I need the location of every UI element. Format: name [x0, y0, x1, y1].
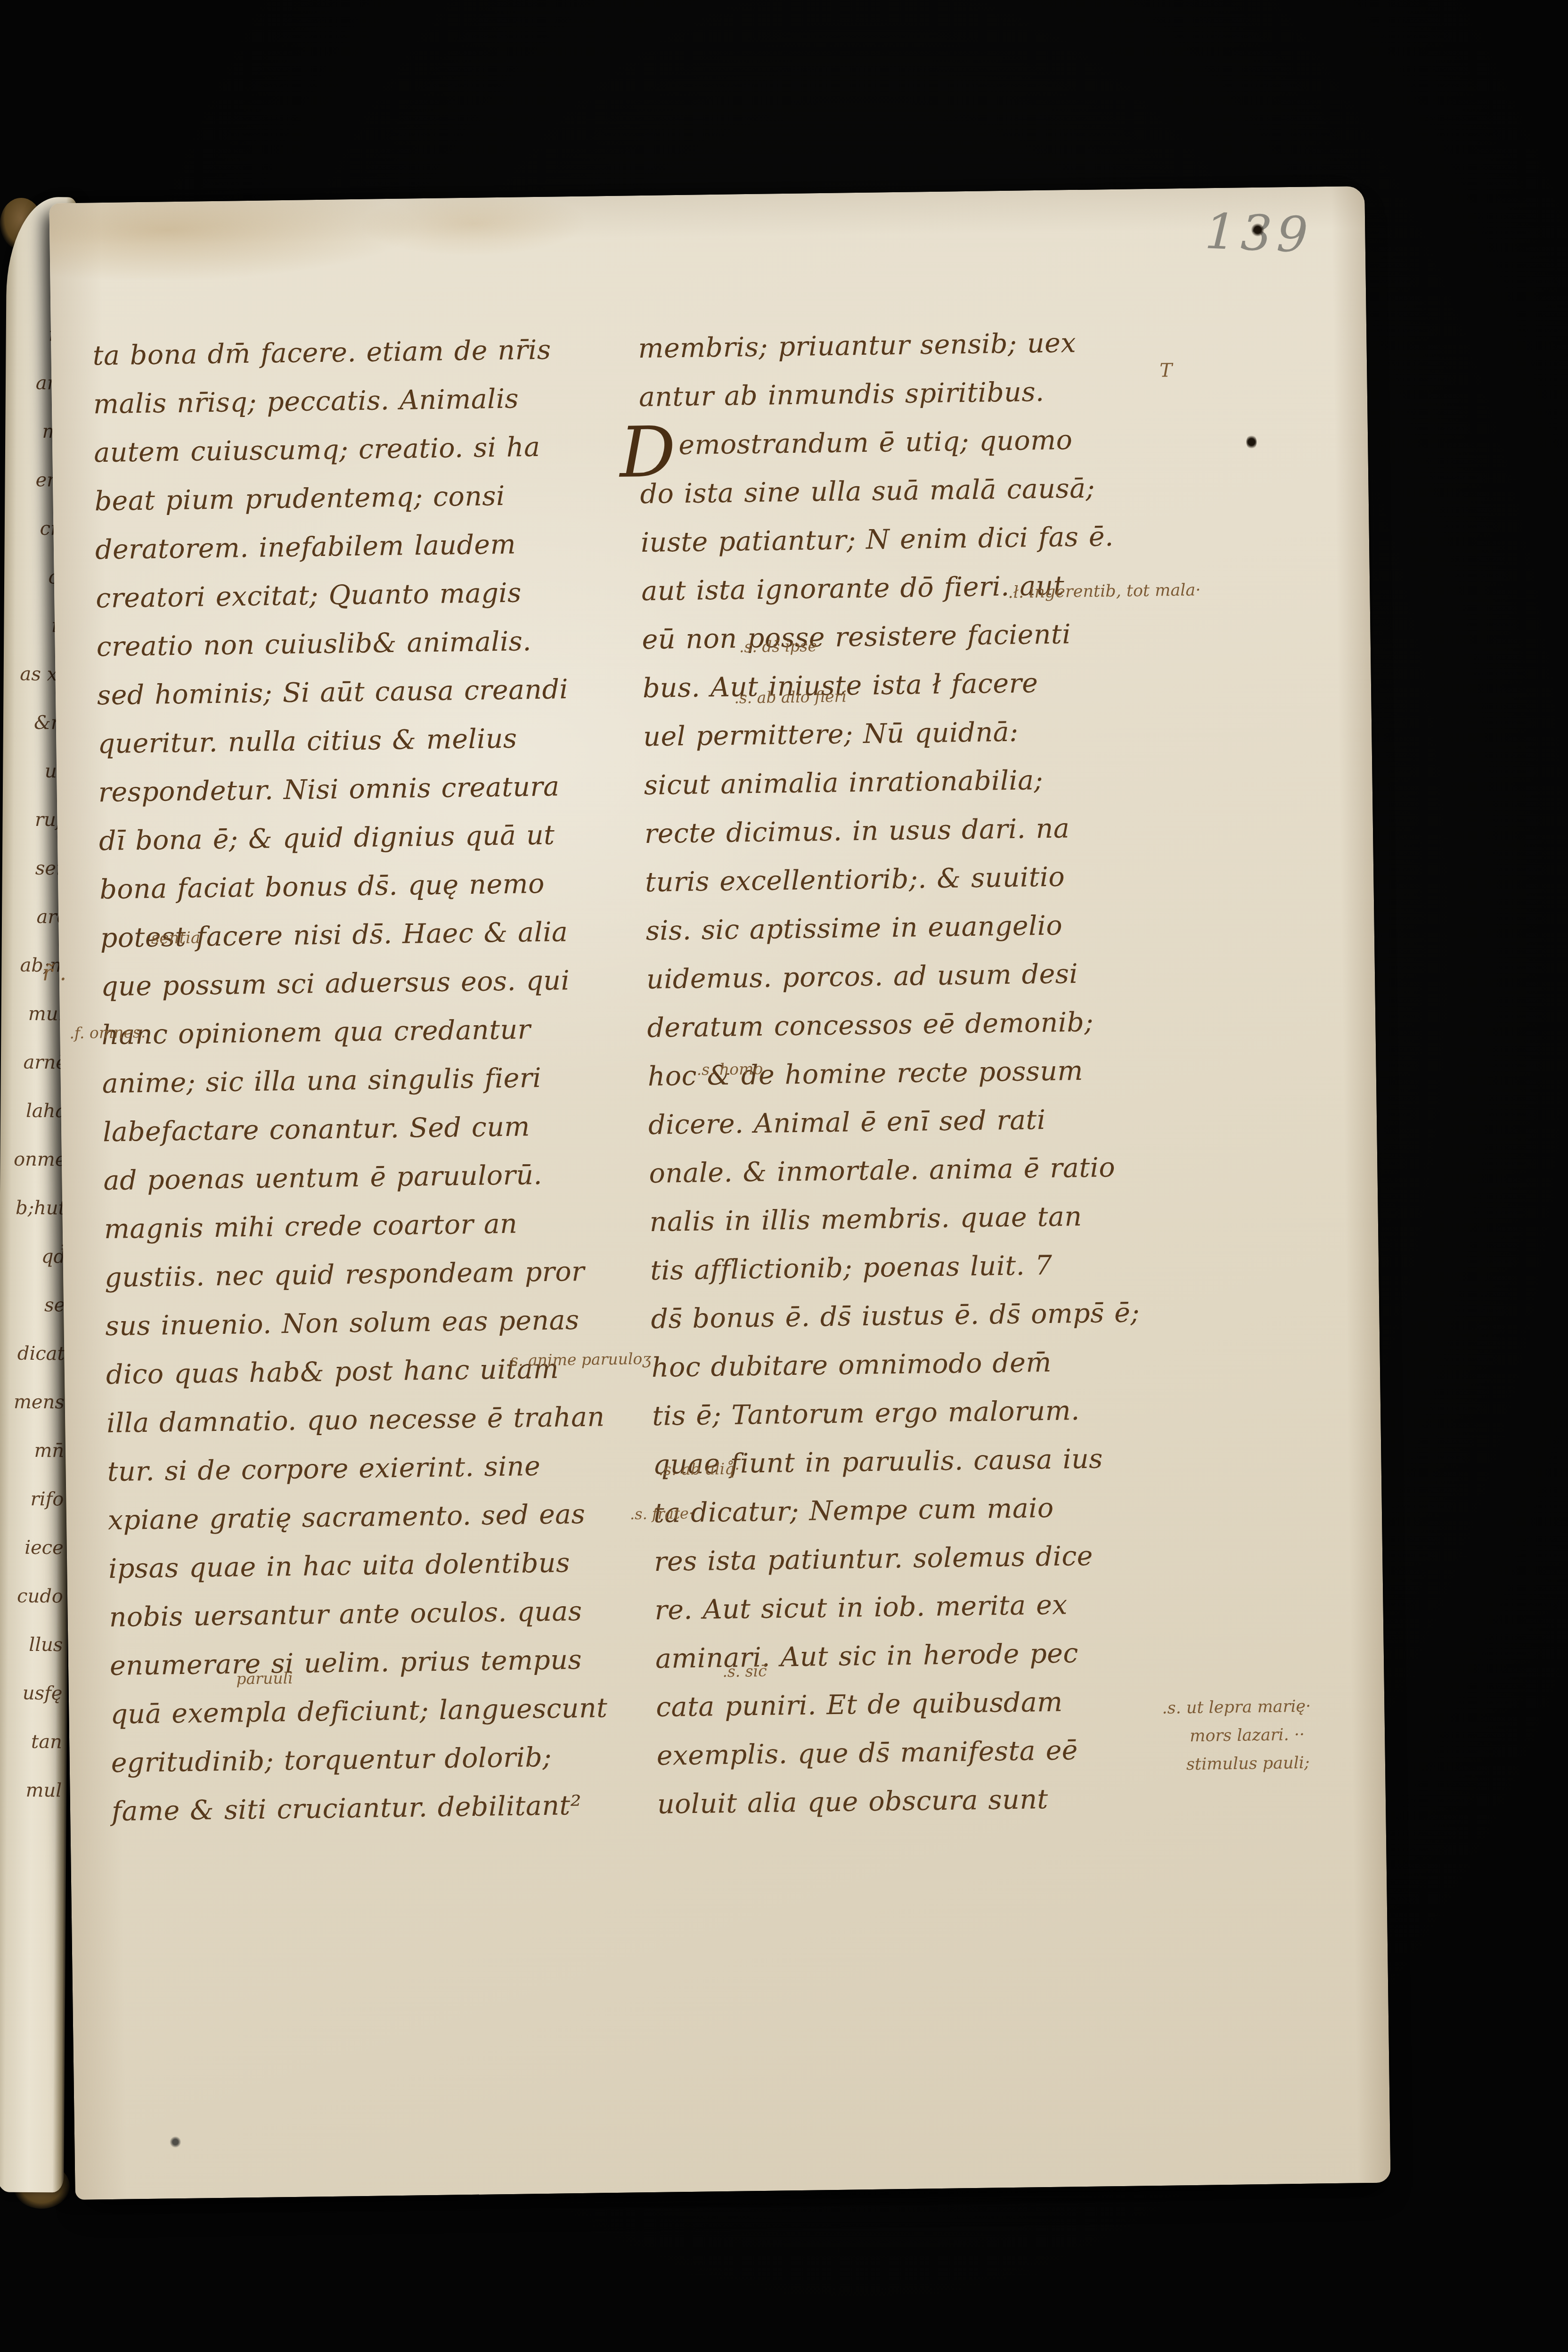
text-line: res ista patiuntur. solemus dice — [654, 1531, 1215, 1587]
line-text: malis nr̄isq; peccatis. Animalis — [93, 383, 519, 420]
facing-page-line-ending: b;hut — [16, 1199, 66, 1218]
line-text: sus inuenio. Non solum eas penas — [105, 1305, 580, 1342]
facing-page-line-ending: se — [44, 1296, 65, 1315]
line-text: hanc opinionem qua credantur — [101, 1014, 531, 1051]
text-line: que possum sci aduersus eos. qui — [101, 956, 643, 1012]
line-text: magnis mihi crede coartor an — [104, 1209, 517, 1245]
text-line: Demostrandum ē utiq; quomo — [639, 415, 1200, 471]
manuscript-page: 139 ta bona dm̄ facere. etiam de nr̄is m… — [49, 186, 1390, 2200]
text-line: recte dicimus. in usus dari. na — [644, 803, 1205, 859]
facing-page-line-ending: rifo — [31, 1490, 64, 1509]
line-text: membris; priuantur sensib; uex — [638, 327, 1076, 364]
line-text: autem cuiuscumq; creatio. si ha — [94, 432, 540, 468]
text-line: eū non posse resistere facienti — [642, 609, 1203, 665]
text-line: ds̄ bonus ē. ds̄ iustus ē. ds̄ omps̄ ē; — [651, 1288, 1212, 1344]
line-text: creatio non cuiuslib& animalis. — [96, 626, 531, 662]
line-text: bona faciat bonus ds̄. quę nemo — [99, 868, 545, 905]
text-line: magnis mihi crede coartor an — [104, 1199, 646, 1254]
text-line: ta bona dm̄ facere. etiam de nr̄is — [92, 325, 635, 381]
gloss-note: r̃ . — [42, 962, 66, 984]
line-text: exemplis. que ds̄ manifesta eē — [656, 1735, 1078, 1772]
facing-page-line-ending: cudo — [17, 1587, 63, 1606]
text-line: deratum concessos eē demonib; — [647, 997, 1208, 1053]
line-text: cata puniri. Et de quibusdam — [656, 1687, 1063, 1723]
gloss-note: .s. ab aliq̊· — [658, 1461, 740, 1478]
gloss-note: sentia — [151, 930, 201, 946]
line-text: que possum sci aduersus eos. qui — [101, 965, 570, 1002]
text-line: fame & siti cruciantur. debilitant² — [111, 1781, 653, 1837]
text-line: beat pium prudentemq; consi — [94, 471, 637, 526]
line-text: deratorem. inefabilem laudem — [95, 529, 516, 566]
line-text: deratum concessos eē demonib; — [647, 1007, 1094, 1044]
parchment-hole — [1246, 434, 1257, 449]
gloss-note: stimulus pauli; — [1186, 1755, 1310, 1773]
gloss-note: .s. ab alio fieri — [734, 688, 847, 705]
line-text: xpiane gratię sacramento. sed eas — [108, 1499, 586, 1536]
line-text: re. Aut sicut in iob. merita ex — [654, 1589, 1068, 1625]
line-text: dicere. Animal ē enī sed rati — [648, 1104, 1046, 1141]
line-text: quā exempla deficiunt; languescunt — [110, 1692, 608, 1730]
line-text: ta dicatur; Nempe cum maio — [653, 1493, 1053, 1529]
text-line: creatori excitat; Quanto magis — [96, 568, 638, 623]
text-line: gustiis. nec quid respondeam pror — [105, 1247, 647, 1303]
line-text: aminari. Aut sic in herode pec — [655, 1638, 1078, 1674]
facing-page-line-ending: qd̄ — [41, 1247, 65, 1266]
line-text: labefactare conantur. Sed cum — [103, 1111, 530, 1148]
line-text: ipsas quae in hac uita dolentibus — [108, 1547, 570, 1584]
line-text: gustiis. nec quid respondeam pror — [105, 1256, 585, 1293]
text-line: malis nr̄isq; peccatis. Animalis — [93, 374, 635, 429]
text-line: anime; sic illa una singulis fieri — [102, 1053, 644, 1109]
text-line: creatio non cuiuslib& animalis. — [96, 616, 638, 672]
gloss-note: .f. omnes. — [69, 1024, 146, 1041]
text-line: quā exempla deficiunt; languescunt — [110, 1684, 653, 1739]
gloss-layer: sentia r̃ . .f. omnes. .s. anime paruulo… — [49, 186, 1364, 204]
text-line: deratorem. inefabilem laudem — [95, 519, 637, 575]
text-line: bona faciat bonus ds̄. quę nemo — [99, 859, 642, 915]
line-text: turis excellentiorib;. & suuitio — [645, 861, 1065, 898]
text-line: exemplis. que ds̄ manifesta eē — [656, 1725, 1217, 1781]
facing-page-line-ending: tan — [31, 1732, 62, 1751]
gloss-note: .s. ds̄ ipse — [739, 638, 817, 654]
line-text: nobis uersantur ante oculos. quas — [109, 1596, 582, 1633]
line-text: recte dicimus. in usus dari. na — [645, 813, 1070, 849]
text-line: cata puniri. Et de quibusdam — [656, 1676, 1217, 1732]
line-text: nalis in illis membris. quae tan — [649, 1201, 1082, 1238]
text-line: uoluit alia que obscura sunt — [657, 1773, 1218, 1829]
gloss-note: .s. sic̄ — [722, 1663, 767, 1679]
text-line: autem cuiuscumq; creatio. si ha — [94, 422, 636, 478]
ink-spot — [170, 2136, 181, 2148]
line-text: sed hominis; Si aūt causa creandi — [97, 674, 569, 711]
gloss-note: .s. ut lepra marię· — [1162, 1699, 1311, 1717]
text-line: sicut animalia inrationabilia; — [644, 754, 1205, 810]
text-line: tis afflictionib; poenas luit. 7 — [650, 1240, 1211, 1296]
text-line: hoc dubitare omnimodo dem̄ — [651, 1337, 1212, 1393]
text-line: ipsas quae in hac uita dolentibus — [108, 1538, 651, 1594]
line-text: res ista patiuntur. solemus dice — [654, 1541, 1093, 1577]
text-line: onale. & inmortale. anima ē ratio — [649, 1143, 1210, 1199]
line-text: sicut animalia inrationabilia; — [644, 765, 1043, 801]
text-line: tur. si de corpore exierint. sine — [107, 1441, 649, 1497]
text-line: labefactare conantur. Sed cum — [103, 1102, 645, 1157]
text-line: xpiane gratię sacramento. sed eas — [107, 1490, 650, 1545]
text-line: illa damnatio. quo necesse ē trahan — [106, 1393, 649, 1448]
text-column-left: ta bona dm̄ facere. etiam de nr̄is malis… — [92, 325, 654, 1837]
gloss-note: .s. homo — [696, 1061, 763, 1078]
gloss-note: mors lazari. ·· — [1190, 1727, 1305, 1745]
line-text: enumerare si uelim. prius tempus — [110, 1644, 582, 1682]
line-text: dī bona ē; & quid dignius quā ut — [99, 820, 555, 857]
line-text: anime; sic illa una singulis fieri — [102, 1062, 541, 1099]
text-line: respondetur. Nisi omnis creatura — [98, 762, 640, 817]
line-text: uidemus. porcos. ad usum desi — [646, 958, 1078, 995]
facing-page-line-ending: iece — [24, 1538, 64, 1558]
line-text: antur ab inmundis spiritibus. — [638, 376, 1044, 413]
text-line: sus inuenio. Non solum eas penas — [105, 1296, 647, 1351]
line-text: tis afflictionib; poenas luit. 7 — [650, 1250, 1053, 1286]
text-line: antur ab inmundis spiritibus. — [638, 367, 1200, 423]
line-text: eū non posse resistere facienti — [642, 619, 1071, 655]
line-text: do ista sine ulla suā malā causā; — [640, 473, 1095, 510]
line-text: tis ē; Tantorum ergo malorum. — [652, 1395, 1080, 1432]
text-line: enumerare si uelim. prius tempus — [109, 1635, 652, 1691]
gloss-note: .ł. ingerentib, tot mala· — [1008, 582, 1200, 601]
gloss-note: T — [1160, 361, 1172, 380]
line-text: aut ista ignorante dō fieri. aut — [641, 570, 1065, 607]
text-line: re. Aut sicut in iob. merita ex — [654, 1579, 1216, 1635]
line-text: creatori excitat; Quanto magis — [96, 577, 522, 614]
facing-page-line-ending: dicat — [17, 1344, 65, 1364]
text-line: hanc opinionem qua credantur — [101, 1004, 644, 1060]
facing-page-line-ending: usfę — [23, 1684, 63, 1703]
text-line: ta dicatur; Nempe cum maio — [653, 1482, 1214, 1538]
line-text: fame & siti cruciantur. debilitant² — [112, 1790, 582, 1827]
line-text: iuste patiantur; N enim dici fas ē. — [640, 521, 1113, 558]
line-text: tur. si de corpore exierint. sine — [107, 1451, 540, 1487]
line-text: uoluit alia que obscura sunt — [657, 1784, 1048, 1820]
line-text: onale. & inmortale. anima ē ratio — [649, 1152, 1115, 1189]
text-line: dī bona ē; & quid dignius quā ut — [98, 810, 641, 866]
line-text: queritur. nulla citius & melius — [98, 723, 517, 760]
text-line: sis. sic aptissime in euangelio — [645, 900, 1207, 956]
line-text: uel permittere; Nū quidnā: — [643, 717, 1019, 752]
line-text: sis. sic aptissime in euangelio — [645, 910, 1062, 947]
text-line: bus. Aut iniuste ista ł facere — [642, 657, 1203, 713]
facing-page-line-ending: mul — [26, 1781, 62, 1800]
line-text: illa damnatio. quo necesse ē trahan — [106, 1401, 605, 1439]
line-text: ds̄ bonus ē. ds̄ iustus ē. ds̄ omps̄ ē; — [651, 1297, 1140, 1335]
text-line: do ista sine ulla suā malā causā; — [640, 464, 1201, 520]
text-line: nalis in illis membris. quae tan — [649, 1191, 1210, 1247]
text-line: iuste patiantur; N enim dici fas ē. — [640, 512, 1201, 568]
text-line: uidemus. porcos. ad usum desi — [646, 948, 1207, 1004]
text-line: nobis uersantur ante oculos. quas — [109, 1587, 651, 1642]
line-text: ad poenas uentum ē paruulorū. — [103, 1160, 542, 1196]
text-line: ad poenas uentum ē paruulorū. — [103, 1150, 645, 1206]
line-text: dico quas hab& post hanc uitam — [106, 1354, 559, 1391]
line-text: respondetur. Nisi omnis creatura — [98, 771, 560, 808]
text-line: queritur. nulla citius & melius — [98, 713, 640, 769]
facing-page-line-ending: mens — [14, 1393, 65, 1412]
gloss-note: .s. anime paruuloʒ — [505, 1351, 651, 1368]
photo-background: na anł; mā em; cra ck in as xp̄ &n; ud r… — [0, 0, 1568, 2352]
text-line: egritudinib; torquentur dolorib; — [111, 1732, 653, 1788]
text-line: tis ē; Tantorum ergo malorum. — [652, 1385, 1213, 1441]
gloss-note: .s. frate· — [630, 1506, 694, 1522]
text-line: membris; priuantur sensib; uex — [638, 318, 1199, 374]
facing-page-line-ending: onme — [14, 1150, 66, 1169]
text-line: turis excellentiorib;. & suuitio — [645, 851, 1206, 907]
text-line: dicere. Animal ē enī sed rati — [648, 1094, 1209, 1150]
facing-page-line-ending: laha — [26, 1102, 67, 1121]
line-text: emostrandum ē utiq; quomo — [678, 425, 1073, 461]
line-text: ta bona dm̄ facere. etiam de nr̄is — [92, 335, 551, 372]
gloss-note: paruuli — [236, 1670, 293, 1687]
line-text: egritudinib; torquentur dolorib; — [111, 1742, 552, 1779]
initial-capital: D — [620, 452, 676, 453]
text-line: uel permittere; Nū quidnā: — [643, 706, 1204, 762]
line-text: hoc dubitare omnimodo dem̄ — [651, 1347, 1052, 1383]
text-line: sed hominis; Si aūt causa creandi — [97, 665, 639, 720]
line-text: beat pium prudentemq; consi — [94, 481, 505, 517]
facing-page-line-ending: mn̄ — [34, 1441, 64, 1460]
facing-page-line-ending: llus — [29, 1635, 63, 1655]
